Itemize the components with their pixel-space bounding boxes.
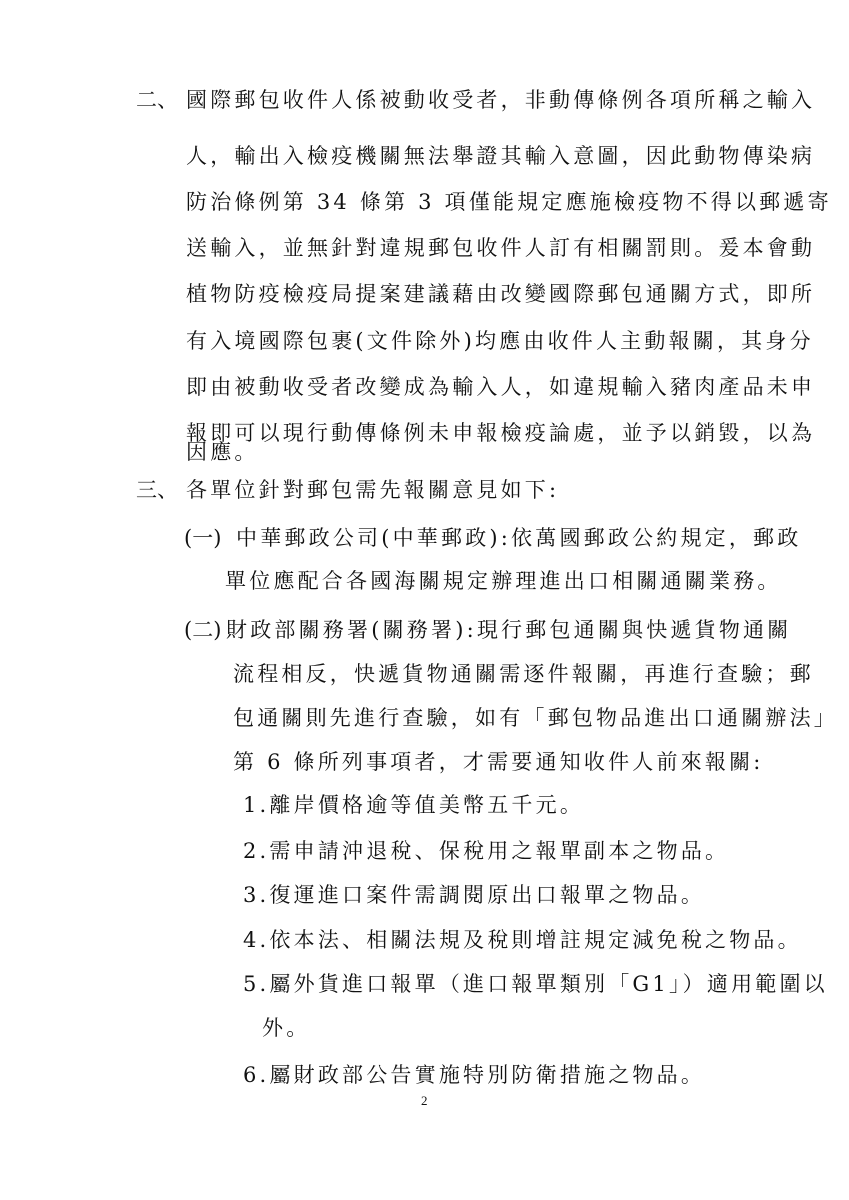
sub-1-line: 中華郵政公司(中華郵政):依萬國郵政公約規定，郵政 [236,526,801,550]
sub-1-line: 單位應配合各國海關規定辦理進出口相關通關業務。 [225,569,782,593]
list-item: 外。 [262,1016,310,1040]
list-item: 5.屬外貨進口報單（進口報單類別「G1」）適用範圍以 [243,972,828,996]
section-2-line: 即由被動收受者改變成為輸入人，如違規輸入豬肉產品未申 [186,375,815,399]
sub-2-line: 包通關則先進行查驗，如有「郵包物品進出口通關辦法」 [233,706,838,730]
sub-2-line: 第 6 條所列事項者，才需要通知收件人前來報關: [233,750,764,774]
list-item: 4.依本法、相關法規及稅則增註規定減免稅之物品。 [243,928,802,952]
section-2-line: 防治條例第 34 條第 3 項僅能規定應施檢疫物不得以郵遞寄 [186,190,832,214]
section-2-line: 人，輸出入檢疫機關無法舉證其輸入意圖，因此動物傳染病 [186,144,815,168]
section-3-heading: 各單位針對郵包需先報關意見如下: [186,478,559,502]
section-2-line: 植物防疫檢疫局提案建議藉由改變國際郵包通關方式，即所 [186,282,815,306]
list-item: 6.屬財政部公告實施特別防衛措施之物品。 [243,1063,705,1087]
section-2-line: 因應。 [186,440,259,464]
section-2-line: 報即可以現行動傳條例未申報檢疫論處，並予以銷毀，以為 [186,421,815,445]
list-item: 1.離岸價格逾等值美幣五千元。 [243,793,584,817]
sub-2-line: 流程相反，快遞貨物通關需逐件報關，再進行查驗；郵 [233,662,814,686]
section-2-line: 國際郵包收件人係被動收受者，非動傳條例各項所稱之輸入 [186,88,815,112]
list-item: 2.需申請沖退稅、保稅用之報單副本之物品。 [243,839,729,863]
section-2-marker: 二、 [136,88,178,112]
sub-2-marker: (二) [184,618,221,642]
list-item: 3.復運進口案件需調閱原出口報單之物品。 [243,883,705,907]
sub-2-line: 財政部關務署(關務署):現行郵包通關與快遞貨物通關 [226,618,791,642]
sub-1-marker: (一) [184,526,221,550]
page-number: 2 [421,1093,428,1109]
section-2-line: 有入境國際包裹(文件除外)均應由收件人主動報關，其身分 [186,329,814,353]
section-2-line: 送輸入，並無針對違規郵包收件人訂有相關罰則。爰本會動 [186,236,815,260]
section-3-marker: 三、 [136,478,178,502]
